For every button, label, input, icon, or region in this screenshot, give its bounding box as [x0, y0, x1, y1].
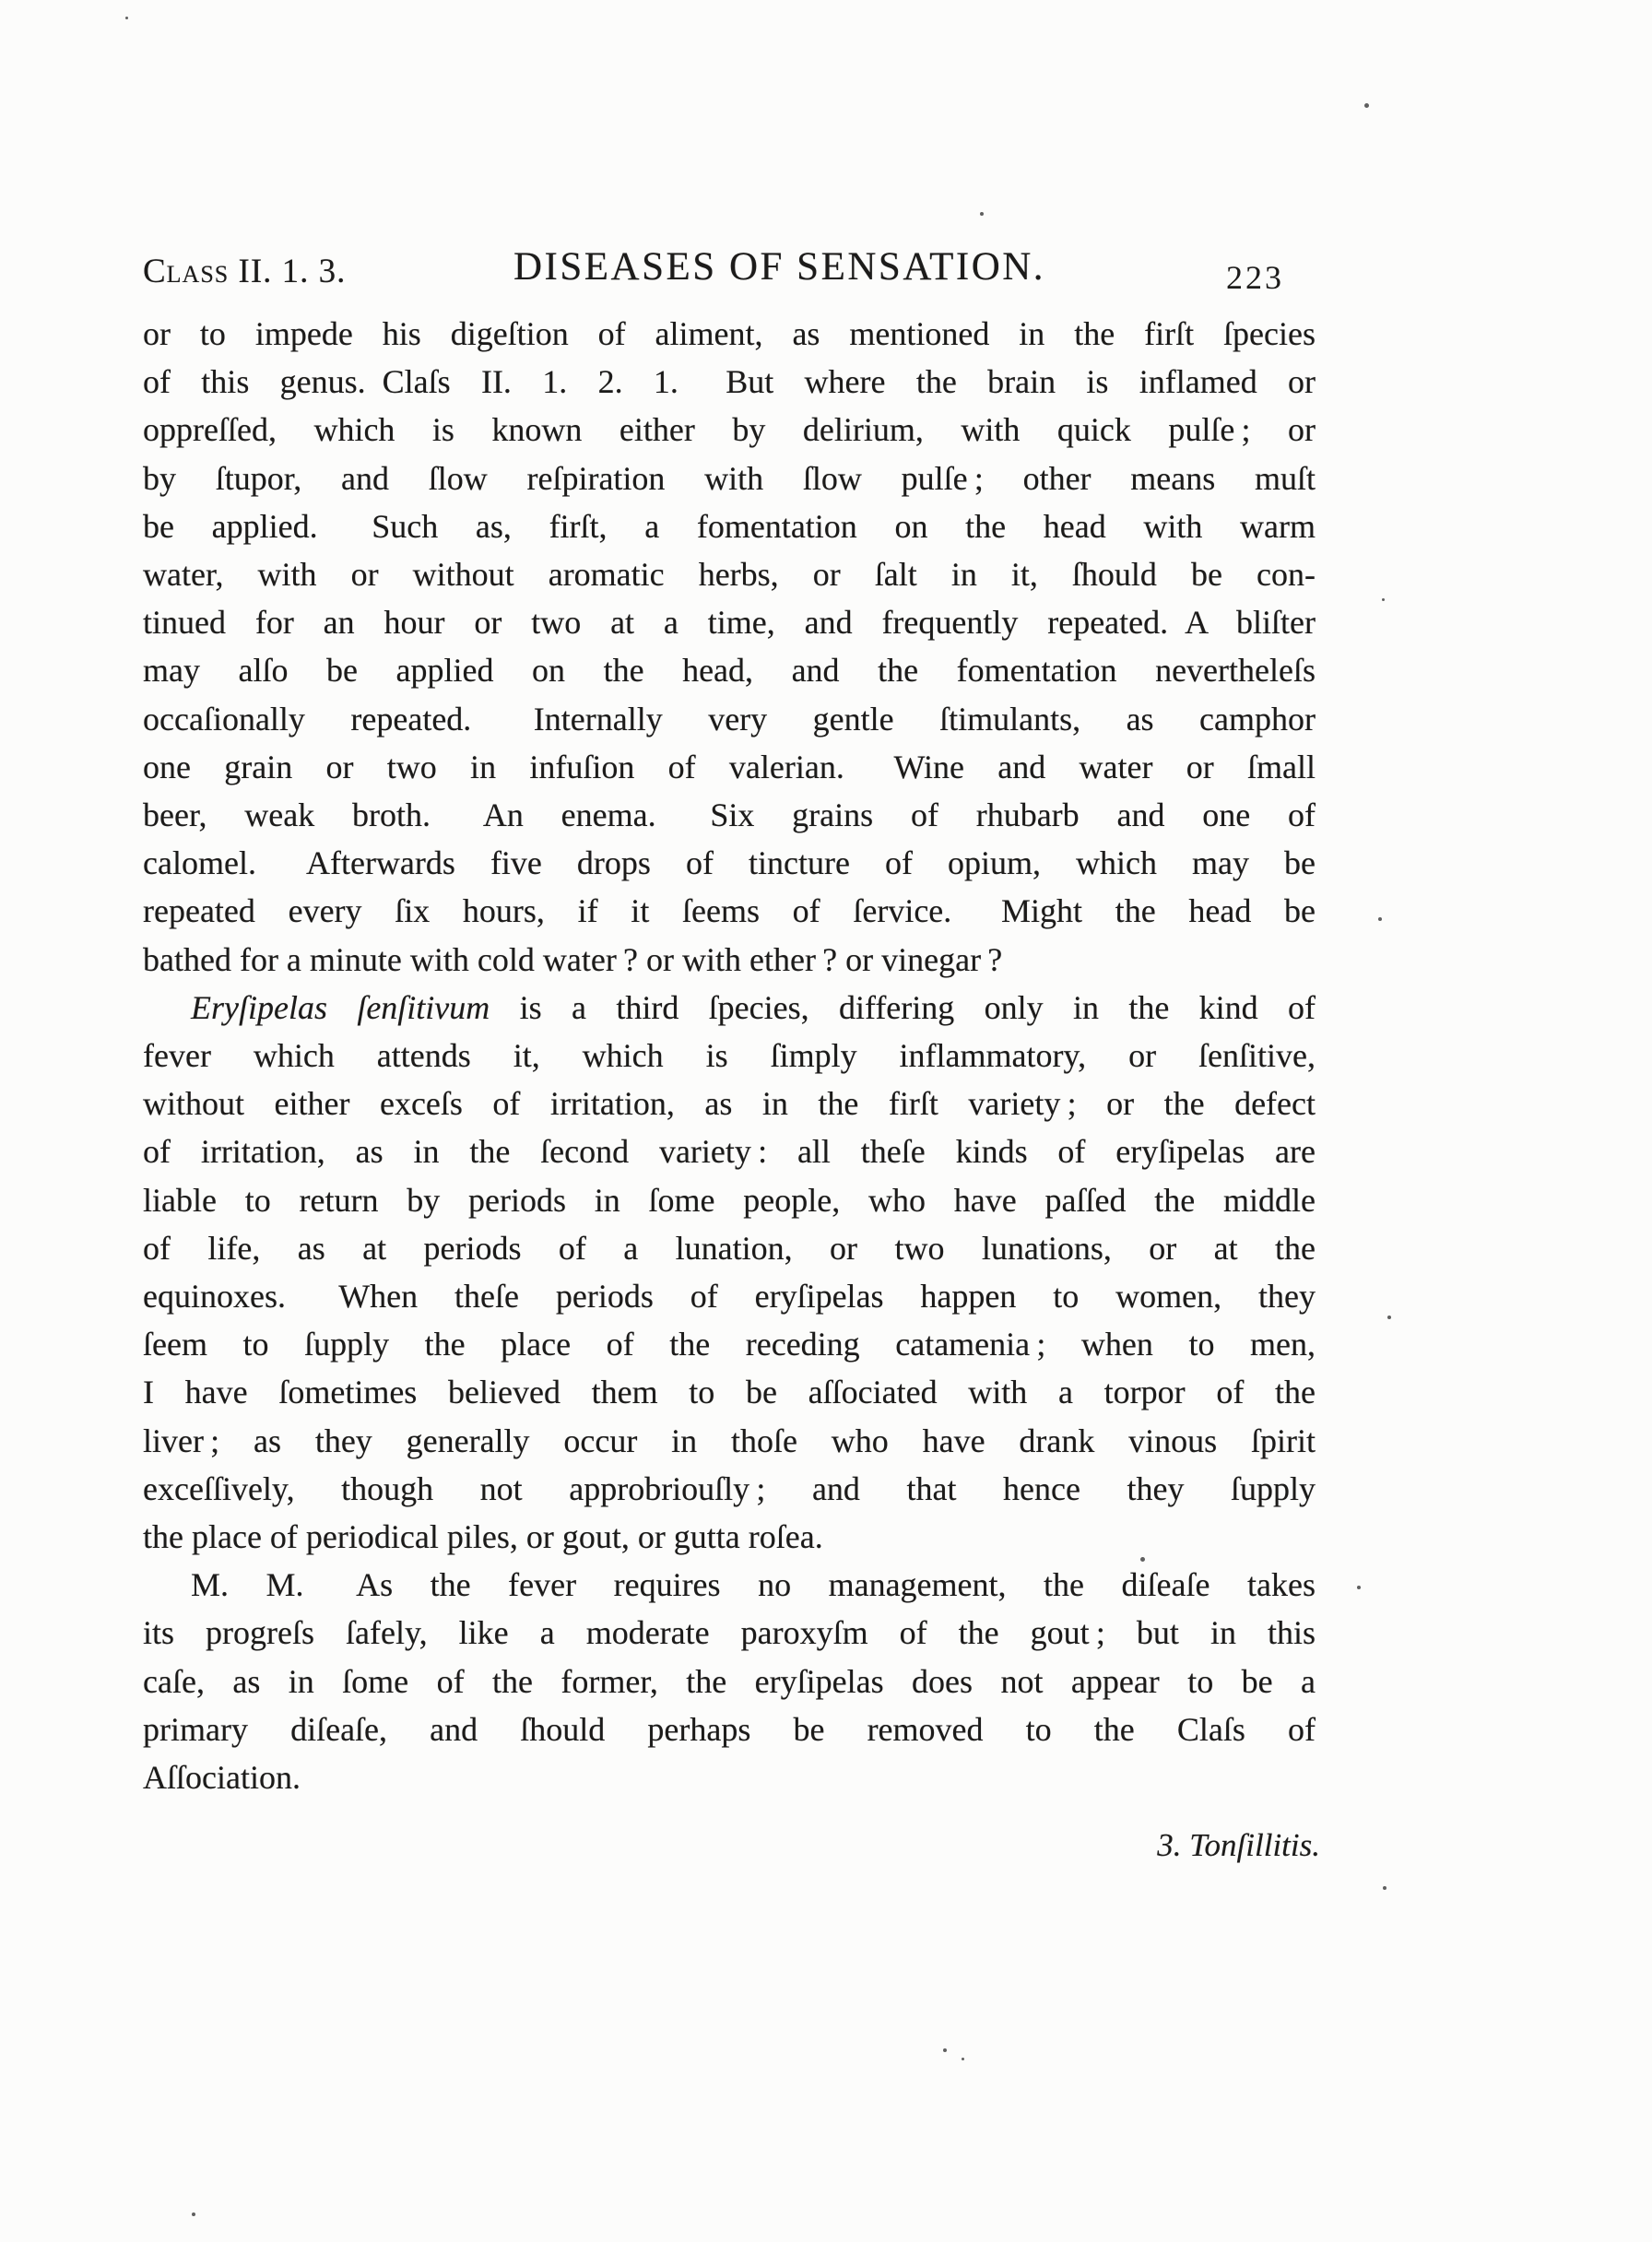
- text-line: equinoxes. When theſe periods of eryſipe…: [143, 1272, 1316, 1320]
- scan-speck: [1364, 103, 1369, 108]
- scan-speck: [1357, 1586, 1361, 1589]
- scan-speck: [980, 212, 984, 216]
- text-line: tinued for an hour or two at a time, and…: [143, 598, 1316, 646]
- text-line: may alſo be applied on the head, and the…: [143, 646, 1316, 694]
- page-header: Class II. 1. 3. DISEASES OF SENSATION. 2…: [143, 232, 1316, 297]
- text-line: liver ; as they generally occur in thoſe…: [143, 1417, 1316, 1465]
- text-line: fever which attends it, which is ſimply …: [143, 1032, 1316, 1080]
- scan-speck: [125, 17, 128, 19]
- catchword-text: 3. Tonſillitis.: [1157, 1827, 1320, 1863]
- paragraph: Eryſipelas ſenſitivum is a third ſpecies…: [143, 984, 1316, 1561]
- text-line: its progreſs ſafely, like a moderate par…: [143, 1609, 1316, 1657]
- page-number: 223: [1226, 258, 1284, 297]
- paragraph: or to impede his digeſtion of aliment, a…: [143, 310, 1316, 984]
- text-line: the place of periodical piles, or gout, …: [143, 1513, 1316, 1561]
- text-line: or to impede his digeſtion of aliment, a…: [143, 310, 1316, 358]
- text-line: Aſſociation.: [143, 1753, 1316, 1801]
- running-class-label: Class II. 1. 3.: [143, 252, 346, 291]
- text-line: by ſtupor, and ſlow reſpiration with ſlo…: [143, 454, 1316, 502]
- text-line: repeated every ſix hours, if it ſeems of…: [143, 887, 1316, 935]
- text-line: ſeem to ſupply the place of the receding…: [143, 1320, 1316, 1368]
- text-line: calomel. Afterwards five drops of tinctu…: [143, 839, 1316, 887]
- scan-speck: [1378, 917, 1382, 921]
- text-line: water, with or without aromatic herbs, o…: [143, 550, 1316, 598]
- text-line: exceſſively, though not approbriouſly ; …: [143, 1465, 1316, 1513]
- text-line: caſe, as in ſome of the former, the eryſ…: [143, 1658, 1316, 1705]
- scan-speck: [962, 2058, 964, 2060]
- scan-speck: [1382, 598, 1385, 601]
- text-line: of life, as at periods of a lunation, or…: [143, 1224, 1316, 1272]
- text-body: or to impede his digeſtion of aliment, a…: [143, 310, 1316, 1801]
- text-line: M. M. As the fever requires no managemen…: [143, 1561, 1316, 1609]
- scan-speck: [1140, 1557, 1145, 1562]
- text-line: occaſionally repeated. Internally very g…: [143, 695, 1316, 743]
- text-line: be applied. Such as, firſt, a fomentatio…: [143, 502, 1316, 550]
- scan-speck: [1383, 1886, 1386, 1890]
- text-line: beer, weak broth. An enema. Six grains o…: [143, 791, 1316, 839]
- scan-speck: [943, 2048, 947, 2052]
- text-line: of irritation, as in the ſecond variety …: [143, 1127, 1316, 1175]
- catchword: 3. Tonſillitis.: [1157, 1827, 1320, 1864]
- text-line: without either exceſs of irritation, as …: [143, 1080, 1316, 1127]
- text-line: Eryſipelas ſenſitivum is a third ſpecies…: [143, 984, 1316, 1032]
- text-line: of this genus. Claſs II. 1. 2. 1. But wh…: [143, 358, 1316, 406]
- text-line: liable to return by periods in ſome peop…: [143, 1176, 1316, 1224]
- scan-speck: [1387, 1316, 1391, 1319]
- paragraph: M. M. As the fever requires no managemen…: [143, 1561, 1316, 1801]
- text-line: I have ſometimes believed them to be aſſ…: [143, 1368, 1316, 1416]
- running-title: DISEASES OF SENSATION.: [513, 244, 1045, 289]
- text-line: one grain or two in infuſion of valerian…: [143, 743, 1316, 791]
- text-line: bathed for a minute with cold water ? or…: [143, 936, 1316, 984]
- scan-speck: [192, 2212, 195, 2216]
- text-line: primary diſeaſe, and ſhould perhaps be r…: [143, 1705, 1316, 1753]
- text-line: oppreſſed, which is known either by deli…: [143, 406, 1316, 454]
- book-page: Class II. 1. 3. DISEASES OF SENSATION. 2…: [0, 0, 1652, 2242]
